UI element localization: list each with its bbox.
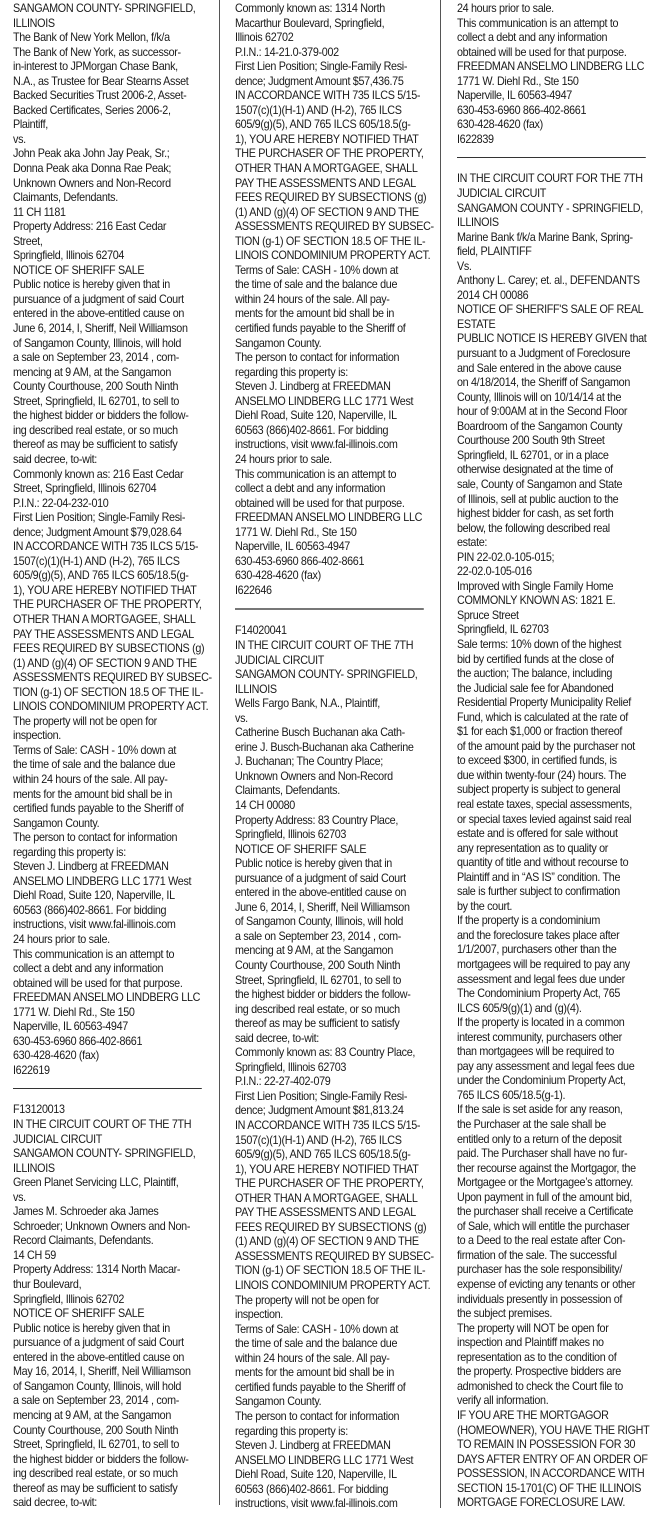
notice-line: Springfield, Illinois 62704 xyxy=(13,249,210,264)
notice-line: inspection and Plaintiff makes no xyxy=(457,1336,654,1351)
notice-line: ments for the amount bid shall be in xyxy=(235,307,432,322)
notice-line: ESTATE xyxy=(457,318,654,333)
notice-line: mencing at 9 AM, at the Sangamon xyxy=(235,944,432,959)
notice-line: under the Condominium Property Act, xyxy=(457,1074,654,1089)
notice-line: Property Address: 1314 North Macar- xyxy=(13,1263,210,1278)
notice-line: Green Planet Servicing LLC, Plaintiff, xyxy=(13,1176,210,1191)
notice-line: 630-453-6960 866-402-8661 xyxy=(13,1035,210,1050)
notice-line: mortgagees will be required to pay any xyxy=(457,958,654,973)
notice-line: $1 for each $1,000 or fraction thereof xyxy=(457,725,654,740)
column-divider xyxy=(440,0,441,1508)
notice-line: If the sale is set aside for any reason, xyxy=(457,1103,654,1118)
notice-line: Catherine Busch Buchanan aka Cath- xyxy=(235,726,432,741)
notice-line: representation as to the condition of xyxy=(457,1351,654,1366)
notice-line: any representation as to quality or xyxy=(457,842,654,857)
notice-line: Sangamon County. xyxy=(235,1395,432,1410)
notice-line: on 4/18/2014, the Sheriff of Sangamon xyxy=(457,376,654,391)
notice-line: 605/9(g)(5), AND 765 ILCS 605/18.5(g- xyxy=(235,118,432,133)
notice-line: Property Address: 216 East Cedar xyxy=(13,220,210,235)
notice-line: Unknown Owners and Non-Record xyxy=(235,770,432,785)
notice-line: June 6, 2014, I, Sheriff, Neil Williamso… xyxy=(235,901,432,916)
notice-line: obtained will be used for that purpose. xyxy=(13,977,210,992)
column-3: 24 hours prior to sale.This communicatio… xyxy=(457,2,654,1511)
notice-line: FREEDMAN ANSELMO LINDBERG LLC xyxy=(235,511,432,526)
notice-line: May 16, 2014, I, Sheriff, Neil Williamso… xyxy=(13,1365,210,1380)
notice-line: SANGAMON COUNTY- SPRINGFIELD, xyxy=(235,668,432,683)
notice-line: the highest bidder or bidders the follow… xyxy=(13,409,210,424)
notice-line: 24 hours prior to sale. xyxy=(235,453,432,468)
notice-line: Springfield, Illinois 62703 xyxy=(235,1061,432,1076)
notice-line: Springfield, Illinois 62702 xyxy=(13,1293,210,1308)
notice-line: TION (g-1) OF SECTION 18.5 OF THE IL- xyxy=(235,235,432,250)
notice-line: of Sangamon County, Illinois, will hold xyxy=(13,1380,210,1395)
notice-line: Donna Peak aka Donna Rae Peak; xyxy=(13,162,210,177)
notice-line: said decree, to-wit: xyxy=(13,453,210,468)
notice-line: inspection. xyxy=(13,729,210,744)
notice-line: This communication is an attempt to xyxy=(13,948,210,963)
notice-line: F13120013 xyxy=(13,1103,210,1118)
notice-line: PIN 22-02.0-105-015; xyxy=(457,551,654,566)
notice-line: purchaser has the sole responsibility/ xyxy=(457,1263,654,1278)
notice-line: otherwise designated at the time of xyxy=(457,463,654,478)
notice-line: TION (g-1) OF SECTION 18.5 OF THE IL- xyxy=(235,1264,432,1279)
notice-line: bid by certified funds at the close of xyxy=(457,653,654,668)
notice-line: PAY THE ASSESSMENTS AND LEGAL xyxy=(235,177,432,192)
notice-line: Terms of Sale: CASH - 10% down at xyxy=(235,1323,432,1338)
notice-line: Residential Property Municipality Relief xyxy=(457,696,654,711)
notice-line: thereof as may be sufficient to satisfy xyxy=(13,1482,210,1497)
notice-line: First Lien Position; Single-Family Resi- xyxy=(235,60,432,75)
notice-line: JUDICIAL CIRCUIT xyxy=(235,654,432,669)
notice-line: FEES REQUIRED BY SUBSECTIONS (g) xyxy=(13,642,210,657)
notice-block: SANGAMON COUNTY- SPRINGFIELD,ILLINOISThe… xyxy=(13,2,210,1078)
notice-line: ILLINOIS xyxy=(457,216,654,231)
notice-line: to exceed $300, in certified funds, is xyxy=(457,754,654,769)
notice-line: assessment and legal fees due under xyxy=(457,973,654,988)
notice-line: NOTICE OF SHERIFF SALE xyxy=(13,1307,210,1322)
notice-line: Public notice is hereby given that in xyxy=(13,1322,210,1337)
notice-line: P.I.N.: 22-04-232-010 xyxy=(13,497,210,512)
notice-line: 630-428-4620 (fax) xyxy=(235,569,432,584)
notice-line: OTHER THAN A MORTGAGEE, SHALL xyxy=(235,162,432,177)
notice-line: 60563 (866)402-8661. For bidding xyxy=(235,424,432,439)
notice-line: SANGAMON COUNTY- SPRINGFIELD, xyxy=(13,1147,210,1162)
notice-line: Spruce Street xyxy=(457,609,654,624)
notice-line: due within twenty-four (24) hours. The xyxy=(457,769,654,784)
notice-line: highest bidder for cash, as set forth xyxy=(457,507,654,522)
notice-line: The person to contact for information xyxy=(235,1410,432,1425)
notice-line: certified funds payable to the Sheriff o… xyxy=(13,802,210,817)
notice-line: dence; Judgment Amount $81,813.24 xyxy=(235,1104,432,1119)
notice-line: ing described real estate, or so much xyxy=(235,1003,432,1018)
notice-line: mencing at 9 AM, at the Sangamon xyxy=(13,1409,210,1424)
notice-line: Marine Bank f/k/a Marine Bank, Spring- xyxy=(457,231,654,246)
notice-line: 765 ILCS 605/18.5(g-1). xyxy=(457,1089,654,1104)
notice-line: thereof as may be sufficient to satisfy xyxy=(235,1017,432,1032)
notice-line: collect a debt and any information xyxy=(235,482,432,497)
notice-line: ANSELMO LINDBERG LLC 1771 West xyxy=(235,395,432,410)
notice-line: pursuance of a judgment of said Court xyxy=(13,293,210,308)
notice-line: interest community, purchasers other xyxy=(457,1031,654,1046)
notice-line: Upon payment in full of the amount bid, xyxy=(457,1191,654,1206)
notice-line: THE PURCHASER OF THE PROPERTY, xyxy=(13,598,210,613)
notice-line: The person to contact for information xyxy=(235,351,432,366)
notice-line: Sangamon County. xyxy=(235,337,432,352)
notice-line: I622619 xyxy=(13,1064,210,1079)
notice-line: OTHER THAN A MORTGAGEE, SHALL xyxy=(13,613,210,628)
notice-line: erine J. Busch-Buchanan aka Catherine xyxy=(235,741,432,756)
notice-line: Property Address: 83 Country Place, xyxy=(235,814,432,829)
notice-line: vs. xyxy=(13,133,210,148)
notice-line: IN ACCORDANCE WITH 735 ILCS 5/15- xyxy=(13,540,210,555)
notice-line: obtained will be used for that purpose. xyxy=(235,497,432,512)
notice-line: Anthony L. Carey; et. al., DEFENDANTS xyxy=(457,274,654,289)
notice-line: individuals presently in possession of xyxy=(457,1293,654,1308)
notice-line: collect a debt and any information xyxy=(13,962,210,977)
notice-line: 60563 (866)402-8661. For bidding xyxy=(235,1483,432,1498)
notice-line: IN THE CIRCUIT COURT OF THE 7TH xyxy=(235,639,432,654)
notice-line: sale, County of Sangamon and State xyxy=(457,478,654,493)
notice-line: J. Buchanan; The Country Place; xyxy=(235,755,432,770)
notice-line: Street, Springfield, IL 62701, to sell t… xyxy=(13,395,210,410)
notice-line: SANGAMON COUNTY - SPRINGFIELD, xyxy=(457,202,654,217)
notice-line: JUDICIAL CIRCUIT xyxy=(13,1133,210,1148)
notice-line: regarding this property is: xyxy=(235,366,432,381)
notice-line: (1) AND (g)(4) OF SECTION 9 AND THE xyxy=(235,1235,432,1250)
notice-line: MORTGAGE FORECLOSURE LAW. xyxy=(457,1496,654,1511)
notice-line: 1), YOU ARE HEREBY NOTIFIED THAT xyxy=(235,1163,432,1178)
notice-line: Naperville, IL 60563-4947 xyxy=(457,89,654,104)
notice-line: FEES REQUIRED BY SUBSECTIONS (g) xyxy=(235,191,432,206)
notice-line: field, PLAINTIFF xyxy=(457,245,654,260)
notice-block: Commonly known as: 1314 NorthMacarthur B… xyxy=(235,2,432,598)
notice-line: (1) AND (g)(4) OF SECTION 9 AND THE xyxy=(235,206,432,221)
notice-line: entered in the above-entitled cause on xyxy=(13,307,210,322)
notice-line: Naperville, IL 60563-4947 xyxy=(13,1020,210,1035)
notice-line: within 24 hours of the sale. All pay- xyxy=(235,1352,432,1367)
notice-line: The Condominium Property Act, 765 xyxy=(457,987,654,1002)
notice-line: entered in the above-entitled cause on xyxy=(13,1351,210,1366)
notice-line: IN THE CIRCUIT COURT OF THE 7TH xyxy=(13,1118,210,1133)
notice-line: 605/9(g)(5), AND 765 ILCS 605/18.5(g- xyxy=(13,569,210,584)
notice-line: of Sangamon County, Illinois, will hold xyxy=(235,915,432,930)
notice-line: regarding this property is: xyxy=(13,846,210,861)
notice-line: vs. xyxy=(235,712,432,727)
notice-line: NOTICE OF SHERIFF SALE xyxy=(235,843,432,858)
notice-line: Claimants, Defendants. xyxy=(13,191,210,206)
notice-line: instructions, visit www.fal-illinois.com xyxy=(235,1497,432,1512)
notice-line: Street, Springfield, IL 62701, to sell t… xyxy=(235,974,432,989)
notice-line: 630-428-4620 (fax) xyxy=(457,118,654,133)
notice-line: The Bank of New York, as successor- xyxy=(13,46,210,61)
notice-block: IN THE CIRCUIT COURT FOR THE 7THJUDICIAL… xyxy=(457,172,654,1510)
notice-line: paid. The Purchaser shall have no fur- xyxy=(457,1147,654,1162)
notice-line: a sale on September 23, 2014 , com- xyxy=(13,351,210,366)
notice-separator xyxy=(235,608,424,610)
notice-line: 630-453-6960 866-402-8661 xyxy=(235,555,432,570)
notice-line: the subject premises. xyxy=(457,1307,654,1322)
notice-line: Vs. xyxy=(457,260,654,275)
notice-line: ther recourse against the Mortgagor, the xyxy=(457,1162,654,1177)
notice-line: of Illinois, sell at public auction to t… xyxy=(457,493,654,508)
notice-line: POSSESSION, IN ACCORDANCE WITH xyxy=(457,1467,654,1482)
notice-line: Plaintiff and in “AS IS” condition. The xyxy=(457,871,654,886)
notice-line: This communication is an attempt to xyxy=(457,17,654,32)
notice-line: expense of evicting any tenants or other xyxy=(457,1278,654,1293)
notice-line: instructions, visit www.fal-illinois.com xyxy=(13,918,210,933)
notice-line: Terms of Sale: CASH - 10% down at xyxy=(13,744,210,759)
notice-line: I622646 xyxy=(235,584,432,599)
notice-line: ILLINOIS xyxy=(235,683,432,698)
notice-line: Terms of Sale: CASH - 10% down at xyxy=(235,264,432,279)
notice-line: to a Deed to the real estate after Con- xyxy=(457,1234,654,1249)
notice-line: IN ACCORDANCE WITH 735 ILCS 5/15- xyxy=(235,89,432,104)
notice-line: said decree, to-wit: xyxy=(235,1032,432,1047)
notice-line: First Lien Position; Single-Family Resi- xyxy=(13,511,210,526)
notice-line: The Bank of New York Mellon, f/k/a xyxy=(13,31,210,46)
notice-line: IN ACCORDANCE WITH 735 ILCS 5/15- xyxy=(235,1119,432,1134)
notice-line: 60563 (866)402-8661. For bidding xyxy=(13,904,210,919)
notice-line: Diehl Road, Suite 120, Naperville, IL xyxy=(13,889,210,904)
notice-line: mencing at 9 AM, at the Sangamon xyxy=(13,366,210,381)
notice-line: below, the following described real xyxy=(457,522,654,537)
notice-line: quantity of title and without recourse t… xyxy=(457,856,654,871)
notice-line: admonished to check the Court file to xyxy=(457,1380,654,1395)
column-2: Commonly known as: 1314 NorthMacarthur B… xyxy=(235,2,432,1512)
notice-line: PUBLIC NOTICE IS HEREBY GIVEN that xyxy=(457,332,654,347)
notice-block: F13120013IN THE CIRCUIT COURT OF THE 7TH… xyxy=(13,1103,210,1510)
notice-line: FREEDMAN ANSELMO LINDBERG LLC xyxy=(457,60,654,75)
notice-line: the time of sale and the balance due xyxy=(235,1337,432,1352)
notice-line: the highest bidder or bidders the follow… xyxy=(235,988,432,1003)
column-divider xyxy=(219,0,220,1505)
notice-line: the auction; The balance, including xyxy=(457,667,654,682)
notice-line: Street, xyxy=(13,235,210,250)
notice-line: JUDICIAL CIRCUIT xyxy=(457,187,654,202)
notice-line: verify all information. xyxy=(457,1394,654,1409)
notice-line: the purchaser shall receive a Certificat… xyxy=(457,1205,654,1220)
notice-line: IF YOU ARE THE MORTGAGOR xyxy=(457,1409,654,1424)
notice-line: Backed Securities Trust 2006-2, Asset- xyxy=(13,89,210,104)
notice-line: obtained will be used for that purpose. xyxy=(457,46,654,61)
notice-line: NOTICE OF SHERIFF SALE xyxy=(13,264,210,279)
notice-line: or special taxes levied against said rea… xyxy=(457,813,654,828)
notice-line: County Courthouse, 200 South Ninth xyxy=(13,1424,210,1439)
notice-line: The property will not be open for xyxy=(235,1294,432,1309)
notice-line: Commonly known as: 216 East Cedar xyxy=(13,468,210,483)
notice-line: Steven J. Lindberg at FREEDMAN xyxy=(235,1439,432,1454)
notice-line: LINOIS CONDOMINIUM PROPERTY ACT. xyxy=(235,1279,432,1294)
notice-line: Diehl Road, Suite 120, Naperville, IL xyxy=(235,1468,432,1483)
notice-line: 1), YOU ARE HEREBY NOTIFIED THAT xyxy=(235,133,432,148)
notice-line: Sangamon County. xyxy=(13,817,210,832)
notice-line: pursuance of a judgment of said Court xyxy=(13,1336,210,1351)
notice-line: FREEDMAN ANSELMO LINDBERG LLC xyxy=(13,991,210,1006)
notice-line: Steven J. Lindberg at FREEDMAN xyxy=(13,860,210,875)
notice-line: sale is further subject to confirmation xyxy=(457,885,654,900)
notice-line: ing described real estate, or so much xyxy=(13,424,210,439)
notice-line: TO REMAIN IN POSSESSION FOR 30 xyxy=(457,1438,654,1453)
notice-line: Courthouse 200 South 9th Street xyxy=(457,434,654,449)
notice-line: Springfield, IL 62701, or in a place xyxy=(457,449,654,464)
notice-line: ILLINOIS xyxy=(13,1162,210,1177)
notice-line: Public notice is hereby given that in xyxy=(13,278,210,293)
notice-line: PAY THE ASSESSMENTS AND LEGAL xyxy=(235,1206,432,1221)
notice-line: Mortgagee or the Mortgagee’s attorney. xyxy=(457,1176,654,1191)
notice-line: James M. Schroeder aka James xyxy=(13,1205,210,1220)
notice-line: 1771 W. Diehl Rd., Ste 150 xyxy=(457,75,654,90)
notice-line: First Lien Position; Single-Family Resi- xyxy=(235,1090,432,1105)
notice-line: the highest bidder or bidders the follow… xyxy=(13,1453,210,1468)
notice-line: 1771 W. Diehl Rd., Ste 150 xyxy=(235,526,432,541)
notice-line: firmation of the sale. The successful xyxy=(457,1249,654,1264)
notice-line: ILCS 605/9(g)(1) and (g)(4). xyxy=(457,1002,654,1017)
notice-line: Fund, which is calculated at the rate of xyxy=(457,711,654,726)
notice-line: the Purchaser at the sale shall be xyxy=(457,1118,654,1133)
notice-line: (1) AND (g)(4) OF SECTION 9 AND THE xyxy=(13,657,210,672)
notice-line: pay any assessment and legal fees due xyxy=(457,1060,654,1075)
notice-line: vs. xyxy=(13,1191,210,1206)
notice-line: This communication is an attempt to xyxy=(235,468,432,483)
notice-line: certified funds payable to the Sheriff o… xyxy=(235,322,432,337)
notice-line: estate and is offered for sale without xyxy=(457,827,654,842)
notice-line: 14 CH 00080 xyxy=(235,799,432,814)
notice-line: 24 hours prior to sale. xyxy=(457,2,654,17)
notice-line: ing described real estate, or so much xyxy=(13,1467,210,1482)
notice-line: thur Boulevard, xyxy=(13,1278,210,1293)
notice-line: Springfield, Illinois 62703 xyxy=(235,828,432,843)
notice-line: the property. Prospective bidders are xyxy=(457,1365,654,1380)
notice-line: Public notice is hereby given that in xyxy=(235,857,432,872)
notice-line: Improved with Single Family Home xyxy=(457,580,654,595)
notice-line: and Sale entered in the above cause xyxy=(457,362,654,377)
notice-line: dence; Judgment Amount $79,028.64 xyxy=(13,526,210,541)
notice-line: real estate taxes, special assessments, xyxy=(457,798,654,813)
notice-line: June 6, 2014, I, Sheriff, Neil Williamso… xyxy=(13,322,210,337)
notice-separator xyxy=(13,1088,202,1089)
notice-line: Wells Fargo Bank, N.A., Plaintiff, xyxy=(235,697,432,712)
notice-line: 630-428-4620 (fax) xyxy=(13,1049,210,1064)
notice-line: of Sangamon County, Illinois, will hold xyxy=(13,337,210,352)
column-1: SANGAMON COUNTY- SPRINGFIELD,ILLINOISThe… xyxy=(13,2,210,1511)
notice-line: the time of sale and the balance due xyxy=(235,278,432,293)
notice-line: instructions, visit www.fal-illinois.com xyxy=(235,438,432,453)
notice-line: pursuant to a Judgment of Foreclosure xyxy=(457,347,654,362)
notice-line: County Courthouse, 200 South Ninth xyxy=(13,380,210,395)
notice-line: dence; Judgment Amount $57,436.75 xyxy=(235,75,432,90)
notice-line: Unknown Owners and Non-Record xyxy=(13,177,210,192)
notice-separator xyxy=(457,157,646,158)
notice-line: inspection. xyxy=(235,1308,432,1323)
notice-line: Plaintiff, xyxy=(13,118,210,133)
notice-line: 1771 W. Diehl Rd., Ste 150 xyxy=(13,1006,210,1021)
notice-line: THE PURCHASER OF THE PROPERTY, xyxy=(235,1177,432,1192)
notice-line: 2014 CH 00086 xyxy=(457,289,654,304)
notice-line: by the court. xyxy=(457,900,654,915)
notice-line: subject property is subject to general xyxy=(457,783,654,798)
notice-line: N.A., as Trustee for Bear Stearns Asset xyxy=(13,75,210,90)
notice-line: 605/9(g)(5), AND 765 ILCS 605/18.5(g- xyxy=(235,1148,432,1163)
notice-line: a sale on September 23, 2014 , com- xyxy=(13,1394,210,1409)
notice-line: of Sale, which will entitle the purchase… xyxy=(457,1220,654,1235)
notice-line: 1507(c)(1)(H-1) AND (H-2), 765 ILCS xyxy=(235,1134,432,1149)
notice-line: DAYS AFTER ENTRY OF AN ORDER OF xyxy=(457,1453,654,1468)
notice-line: estate: xyxy=(457,536,654,551)
notice-line: Schroeder; Unknown Owners and Non- xyxy=(13,1220,210,1235)
notice-line: pursuance of a judgment of said Court xyxy=(235,872,432,887)
notice-line: COMMONLY KNOWN AS: 1821 E. xyxy=(457,594,654,609)
notice-line: The property will NOT be open for xyxy=(457,1322,654,1337)
notice-line: P.I.N.: 14-21.0-379-002 xyxy=(235,46,432,61)
notice-line: John Peak aka John Jay Peak, Sr.; xyxy=(13,147,210,162)
notice-line: 1507(c)(1)(H-1) AND (H-2), 765 ILCS xyxy=(13,555,210,570)
notice-line: 630-453-6960 866-402-8661 xyxy=(457,104,654,119)
notice-line: 1), YOU ARE HEREBY NOTIFIED THAT xyxy=(13,584,210,599)
notice-line: collect a debt and any information xyxy=(457,31,654,46)
notice-line: County Courthouse, 200 South Ninth xyxy=(235,959,432,974)
notice-line: LINOIS CONDOMINIUM PROPERTY ACT. xyxy=(235,249,432,264)
notice-line: If the property is located in a common xyxy=(457,1016,654,1031)
notice-line: SECTION 15-1701(C) OF THE ILLINOIS xyxy=(457,1482,654,1497)
notice-line: SANGAMON COUNTY- SPRINGFIELD, xyxy=(13,2,210,17)
notice-line: ASSESSMENTS REQUIRED BY SUBSEC- xyxy=(13,671,210,686)
notice-line: IN THE CIRCUIT COURT FOR THE 7TH xyxy=(457,172,654,187)
notice-line: I622839 xyxy=(457,133,654,148)
notice-line: (HOMEOWNER), YOU HAVE THE RIGHT xyxy=(457,1424,654,1439)
notice-line: FEES REQUIRED BY SUBSECTIONS (g) xyxy=(235,1221,432,1236)
notice-line: County, Illinois will on 10/14/14 at the xyxy=(457,391,654,406)
notice-line: Record Claimants, Defendants. xyxy=(13,1234,210,1249)
notice-line: ILLINOIS xyxy=(13,17,210,32)
notice-line: OTHER THAN A MORTGAGEE, SHALL xyxy=(235,1192,432,1207)
notice-line: Street, Springfield, IL 62701, to sell t… xyxy=(13,1438,210,1453)
notice-line: ANSELMO LINDBERG LLC 1771 West xyxy=(235,1454,432,1469)
notice-line: P.I.N.: 22-27-402-079 xyxy=(235,1075,432,1090)
notice-line: said decree, to-wit: xyxy=(13,1496,210,1511)
notice-line: within 24 hours of the sale. All pay- xyxy=(235,293,432,308)
notice-line: 14 CH 59 xyxy=(13,1249,210,1264)
notice-line: If the property is a condominium xyxy=(457,914,654,929)
notice-line: certified funds payable to the Sheriff o… xyxy=(235,1381,432,1396)
notice-line: the time of sale and the balance due xyxy=(13,758,210,773)
notice-line: entitled only to a return of the deposit xyxy=(457,1133,654,1148)
notice-line: F14020041 xyxy=(235,624,432,639)
notice-line: thereof as may be sufficient to satisfy xyxy=(13,438,210,453)
notice-block: 24 hours prior to sale.This communicatio… xyxy=(457,2,654,147)
notice-line: and the foreclosure takes place after xyxy=(457,929,654,944)
notice-line: Commonly known as: 83 Country Place, xyxy=(235,1046,432,1061)
notice-line: TION (g-1) OF SECTION 18.5 OF THE IL- xyxy=(13,686,210,701)
notice-line: Steven J. Lindberg at FREEDMAN xyxy=(235,380,432,395)
notice-line: within 24 hours of the sale. All pay- xyxy=(13,773,210,788)
notice-line: the Judicial sale fee for Abandoned xyxy=(457,682,654,697)
notice-line: ASSESSMENTS REQUIRED BY SUBSEC- xyxy=(235,1250,432,1265)
notice-line: than mortgagees will be required to xyxy=(457,1045,654,1060)
notice-line: Street, Springfield, Illinois 62704 xyxy=(13,482,210,497)
notice-line: Macarthur Boulevard, Springfield, xyxy=(235,17,432,32)
notice-line: 1/1/2007, purchasers other than the xyxy=(457,943,654,958)
notice-line: ANSELMO LINDBERG LLC 1771 West xyxy=(13,875,210,890)
notice-line: Claimants, Defendants. xyxy=(235,784,432,799)
notice-line: LINOIS CONDOMINIUM PROPERTY ACT. xyxy=(13,700,210,715)
notice-line: ASSESSMENTS REQUIRED BY SUBSEC- xyxy=(235,220,432,235)
notice-line: Commonly known as: 1314 North xyxy=(235,2,432,17)
notice-line: The property will not be open for xyxy=(13,715,210,730)
notice-line: PAY THE ASSESSMENTS AND LEGAL xyxy=(13,628,210,643)
notice-line: entered in the above-entitled cause on xyxy=(235,886,432,901)
notice-line: Springfield, IL 62703 xyxy=(457,623,654,638)
notice-line: Backed Certificates, Series 2006-2, xyxy=(13,104,210,119)
